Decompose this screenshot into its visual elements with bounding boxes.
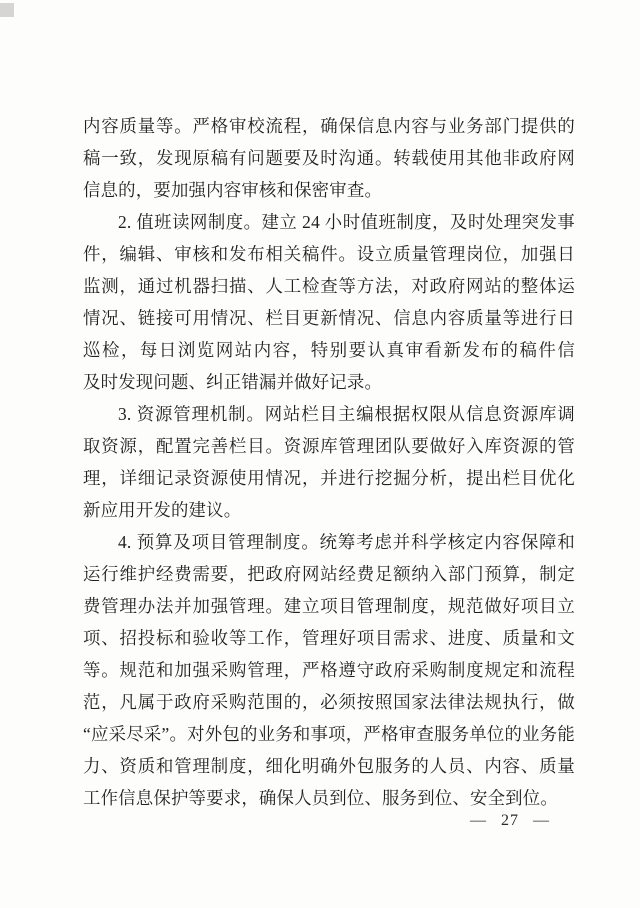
document-page: 内容质量等。严格审校流程，确保信息内容与业务部门提供的原 稿一致，发现原稿有问题… xyxy=(0,0,640,908)
text-line: 取资源，配置完善栏目。资源库管理团队要做好入库资源的管 xyxy=(83,430,575,462)
text-line: 巡检，每日浏览网站内容，特别要认真审看新发布的稿件信息， xyxy=(83,334,575,366)
text-line: 费管理办法并加强管理。建立项目管理制度，规范做好项目立 xyxy=(83,590,575,622)
text-line: 范，凡属于政府采购范围的，必须按照国家法律法规执行，做到 xyxy=(83,686,575,718)
text-line: 2. 值班读网制度。建立 24 小时值班制度，及时处理突发事 xyxy=(83,206,575,238)
text-line: 理，详细记录资源使用情况，并进行挖掘分析，提出栏目优化和 xyxy=(83,462,575,494)
text-line: 稿一致，发现原稿有问题要及时沟通。转载使用其他非政府网站 xyxy=(83,142,575,174)
text-line: 运行维护经费需要，把政府网站经费足额纳入部门预算，制定经 xyxy=(83,558,575,590)
document-body: 内容质量等。严格审校流程，确保信息内容与业务部门提供的原 稿一致，发现原稿有问题… xyxy=(83,110,575,814)
text-line: 项、招投标和验收等工作，管理好项目需求、进度、质量和文档 xyxy=(83,622,575,654)
scan-artifact xyxy=(0,3,14,17)
text-line: 件，编辑、审核和发布相关稿件。设立质量管理岗位，加强日常 xyxy=(83,238,575,270)
text-line: 监测，通过机器扫描、人工检查等方法，对政府网站的整体运行 xyxy=(83,270,575,302)
text-line: 情况、链接可用情况、栏目更新情况、信息内容质量等进行日常 xyxy=(83,302,575,334)
text-line: 信息的，要加强内容审核和保密审查。 xyxy=(83,174,575,206)
page-number: — 27 — xyxy=(460,809,560,833)
text-line: 3. 资源管理机制。网站栏目主编根据权限从信息资源库调 xyxy=(83,398,575,430)
text-line: 及时发现问题、纠正错漏并做好记录。 xyxy=(83,366,575,398)
text-line: 力、资质和管理制度，细化明确外包服务的人员、内容、质量和 xyxy=(83,750,575,782)
text-line: 4. 预算及项目管理制度。统筹考虑并科学核定内容保障和 xyxy=(83,526,575,558)
text-line: “应采尽采”。对外包的业务和事项，严格审查服务单位的业务能 xyxy=(83,718,575,750)
text-line: 新应用开发的建议。 xyxy=(83,494,575,526)
text-line: 等。规范和加强采购管理，严格遵守政府采购制度规定和流程规 xyxy=(83,654,575,686)
text-line: 内容质量等。严格审校流程，确保信息内容与业务部门提供的原 xyxy=(83,110,575,142)
